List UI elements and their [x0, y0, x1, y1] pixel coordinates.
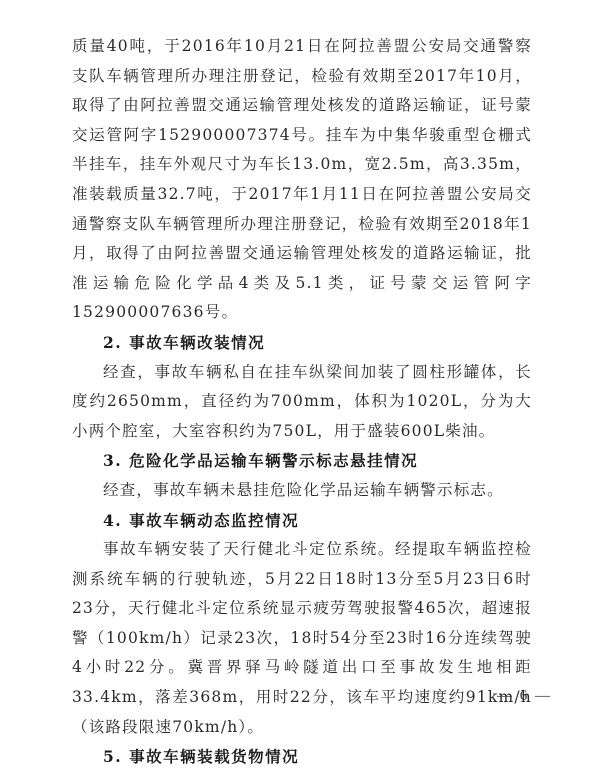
document-page: 质量40吨，于2016年10月21日在阿拉善盟公安局交通警察支队车辆管理所办理注…: [72, 32, 532, 772]
section-heading-cargo: 5. 事故车辆装载货物情况: [72, 742, 532, 772]
paragraph-modification: 经查，事故车辆私自在挂车纵梁间加装了圆柱形罐体，长度约2650mm，直径约为70…: [72, 358, 532, 447]
paragraph-dynamic-monitoring: 事故车辆安装了天行健北斗定位系统。经提取车辆监控检测系统车辆的行驶轨迹，5月22…: [72, 535, 532, 742]
section-heading-dynamic-monitoring: 4. 事故车辆动态监控情况: [72, 506, 532, 536]
paragraph-vehicle-registration: 质量40吨，于2016年10月21日在阿拉善盟公安局交通警察支队车辆管理所办理注…: [72, 32, 532, 328]
section-heading-warning-signs: 3. 危险化学品运输车辆警示标志悬挂情况: [72, 446, 532, 476]
paragraph-warning-signs: 经查，事故车辆未悬挂危险化学品运输车辆警示标志。: [72, 476, 532, 506]
section-heading-modification: 2. 事故车辆改装情况: [72, 328, 532, 358]
page-number: — 6 —: [497, 688, 552, 705]
